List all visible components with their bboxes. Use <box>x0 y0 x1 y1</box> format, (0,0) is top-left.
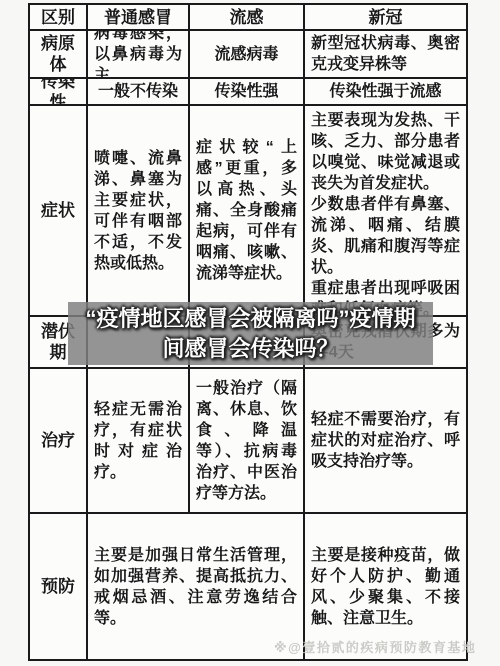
row-label-treatment: 治疗 <box>30 369 86 512</box>
cell-treatment-covid: 轻症不需要治疗，有症状的对症治疗、呼吸支持治疗等。 <box>305 369 466 512</box>
cell-symptoms-flu: 症状较“上感”更重，多以高热、头痛、全身酸痛起病，可伴有咽痛、咳嗽、流涕等症状。 <box>190 106 303 315</box>
row-label-pathogen: 病原体 <box>30 31 86 77</box>
cell-treatment-common-cold: 轻症无需治疗，有症状时对症治疗。 <box>88 369 188 512</box>
cell-prevention-common-cold-flu: 主要是加强日常生活管理，如加强营养、提高抵抗力、戒烟忌酒、注意劳逸结合等。 <box>88 514 303 659</box>
caption-line-2: 间感冒会传染吗？ <box>162 334 338 364</box>
cell-contagiousness-common-cold: 一般不传染 <box>88 79 188 104</box>
header-common-cold: 普通感冒 <box>88 5 188 29</box>
header-category: 区别 <box>30 5 86 29</box>
infographic-page: 区别 普通感冒 流感 新冠 病原体 病毒感染，以鼻病毒为主 流感病毒 新型冠状病… <box>0 0 500 666</box>
row-label-contagiousness: 传染性 <box>30 79 86 104</box>
row-label-prevention: 预防 <box>30 514 86 659</box>
cell-pathogen-covid: 新型冠状病毒、奥密克戎变异株等 <box>305 31 466 77</box>
cell-treatment-flu: 一般治疗（隔离、休息、饮食、降温等）、抗病毒治疗、中医治疗等方法。 <box>190 369 303 512</box>
cell-symptoms-common-cold: 喷嚏、流鼻涕、鼻塞为主要症状，可伴有咽部不适，不发热或低热。 <box>88 106 188 315</box>
cell-symptoms-covid: 主要表现为发热、干咳、乏力、部分患者以嗅觉、味觉减退或丧失为首发症状。 少数患者… <box>305 106 466 315</box>
cell-contagiousness-flu: 传染性强 <box>190 79 303 104</box>
watermark: ※@壹拾贰的疾病预防教育基地 <box>274 637 476 656</box>
cell-pathogen-flu: 流感病毒 <box>190 31 303 77</box>
cell-pathogen-common-cold: 病毒感染，以鼻病毒为主 <box>88 31 188 77</box>
cell-contagiousness-covid: 传染性强于流感 <box>305 79 466 104</box>
header-covid: 新冠 <box>305 5 466 29</box>
caption-overlay: “疫情地区感冒会被隔离吗”疫情期 间感冒会传染吗？ <box>68 302 433 365</box>
header-flu: 流感 <box>190 5 303 29</box>
row-label-symptoms: 症状 <box>30 106 86 315</box>
caption-line-1: “疫情地区感冒会被隔离吗”疫情期 <box>85 304 415 334</box>
